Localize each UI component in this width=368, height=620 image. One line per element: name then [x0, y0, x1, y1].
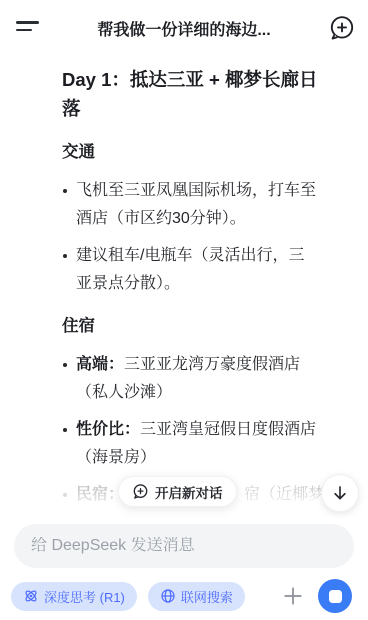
- list-item: 性价比：三亚湾皇冠假日度假酒店 （海景房）: [62, 416, 348, 471]
- section-title-transport: 交通: [62, 141, 348, 163]
- list-item: 飞机至三亚凤凰国际机场，打车至 酒店（市区约30分钟）。: [62, 177, 348, 232]
- attach-plus-button[interactable]: [281, 584, 305, 608]
- bullet-dot-icon: [63, 493, 67, 497]
- atom-icon: [23, 588, 39, 604]
- composer-toolbar: 深度思考 (R1) 联网搜索: [11, 581, 352, 611]
- stop-icon: [329, 590, 342, 603]
- list-item: 高端：三亚亚龙湾万豪度假酒店 （私人沙滩）: [62, 351, 348, 406]
- speech-bubble-plus-icon: [132, 483, 149, 500]
- globe-icon: [160, 588, 176, 604]
- bullet-text: 高端：三亚亚龙湾万豪度假酒店 （私人沙滩）: [76, 351, 300, 406]
- composer-bar: 深度思考 (R1) 联网搜索: [0, 518, 368, 620]
- section-title-lodging: 住宿: [62, 315, 348, 337]
- bullet-text: 性价比：三亚湾皇冠假日度假酒店 （海景房）: [76, 416, 316, 471]
- bullet-label: 民宿：: [76, 486, 124, 503]
- transport-list: 飞机至三亚凤凰国际机场，打车至 酒店（市区约30分钟）。 建议租车/电瓶车（灵活…: [62, 177, 348, 297]
- bullet-label: 高端：: [76, 356, 124, 373]
- scroll-to-bottom-button[interactable]: [321, 474, 359, 512]
- new-chat-pill-label: 开启新对话: [155, 482, 223, 502]
- web-search-toggle[interactable]: 联网搜索: [148, 582, 245, 611]
- bullet-text: 飞机至三亚凤凰国际机场，打车至 酒店（市区约30分钟）。: [76, 177, 316, 232]
- bullet-dot-icon: [63, 363, 67, 367]
- chat-scroll-area[interactable]: Day 1：抵达三亚 + 椰梦长廊日 落 交通 飞机至三亚凤凰国际机场，打车至 …: [0, 56, 368, 520]
- down-arrow-icon: [331, 484, 349, 502]
- chat-title: 帮我做一份详细的海边...: [0, 17, 368, 40]
- web-search-label: 联网搜索: [181, 587, 233, 606]
- new-chat-icon[interactable]: [328, 14, 356, 42]
- bullet-body-suffix: 宿（近椰梦: [244, 486, 324, 503]
- menu-icon[interactable]: [16, 17, 42, 39]
- message-input[interactable]: [31, 537, 337, 555]
- day1-heading: Day 1：抵达三亚 + 椰梦长廊日 落: [62, 66, 348, 123]
- bullet-dot-icon: [63, 189, 67, 193]
- deep-think-toggle[interactable]: 深度思考 (R1): [11, 582, 137, 611]
- stop-generating-button[interactable]: [318, 579, 352, 613]
- message-input-box[interactable]: [14, 524, 354, 568]
- bullet-label: 性价比：: [76, 421, 140, 438]
- new-chat-pill-button[interactable]: 开启新对话: [118, 476, 237, 507]
- deep-think-label: 深度思考 (R1): [44, 587, 125, 606]
- bullet-dot-icon: [63, 254, 67, 258]
- list-item: 建议租车/电瓶车（灵活出行，三 亚景点分散）。: [62, 242, 348, 297]
- bullet-dot-icon: [63, 428, 67, 432]
- bullet-text: 建议租车/电瓶车（灵活出行，三 亚景点分散）。: [76, 242, 304, 297]
- header-bar: 帮我做一份详细的海边...: [0, 0, 368, 56]
- plus-icon: [282, 585, 304, 607]
- deepseek-chat-screen: 帮我做一份详细的海边... Day 1：抵达三亚 + 椰梦长廊日 落 交通 飞机…: [0, 0, 368, 620]
